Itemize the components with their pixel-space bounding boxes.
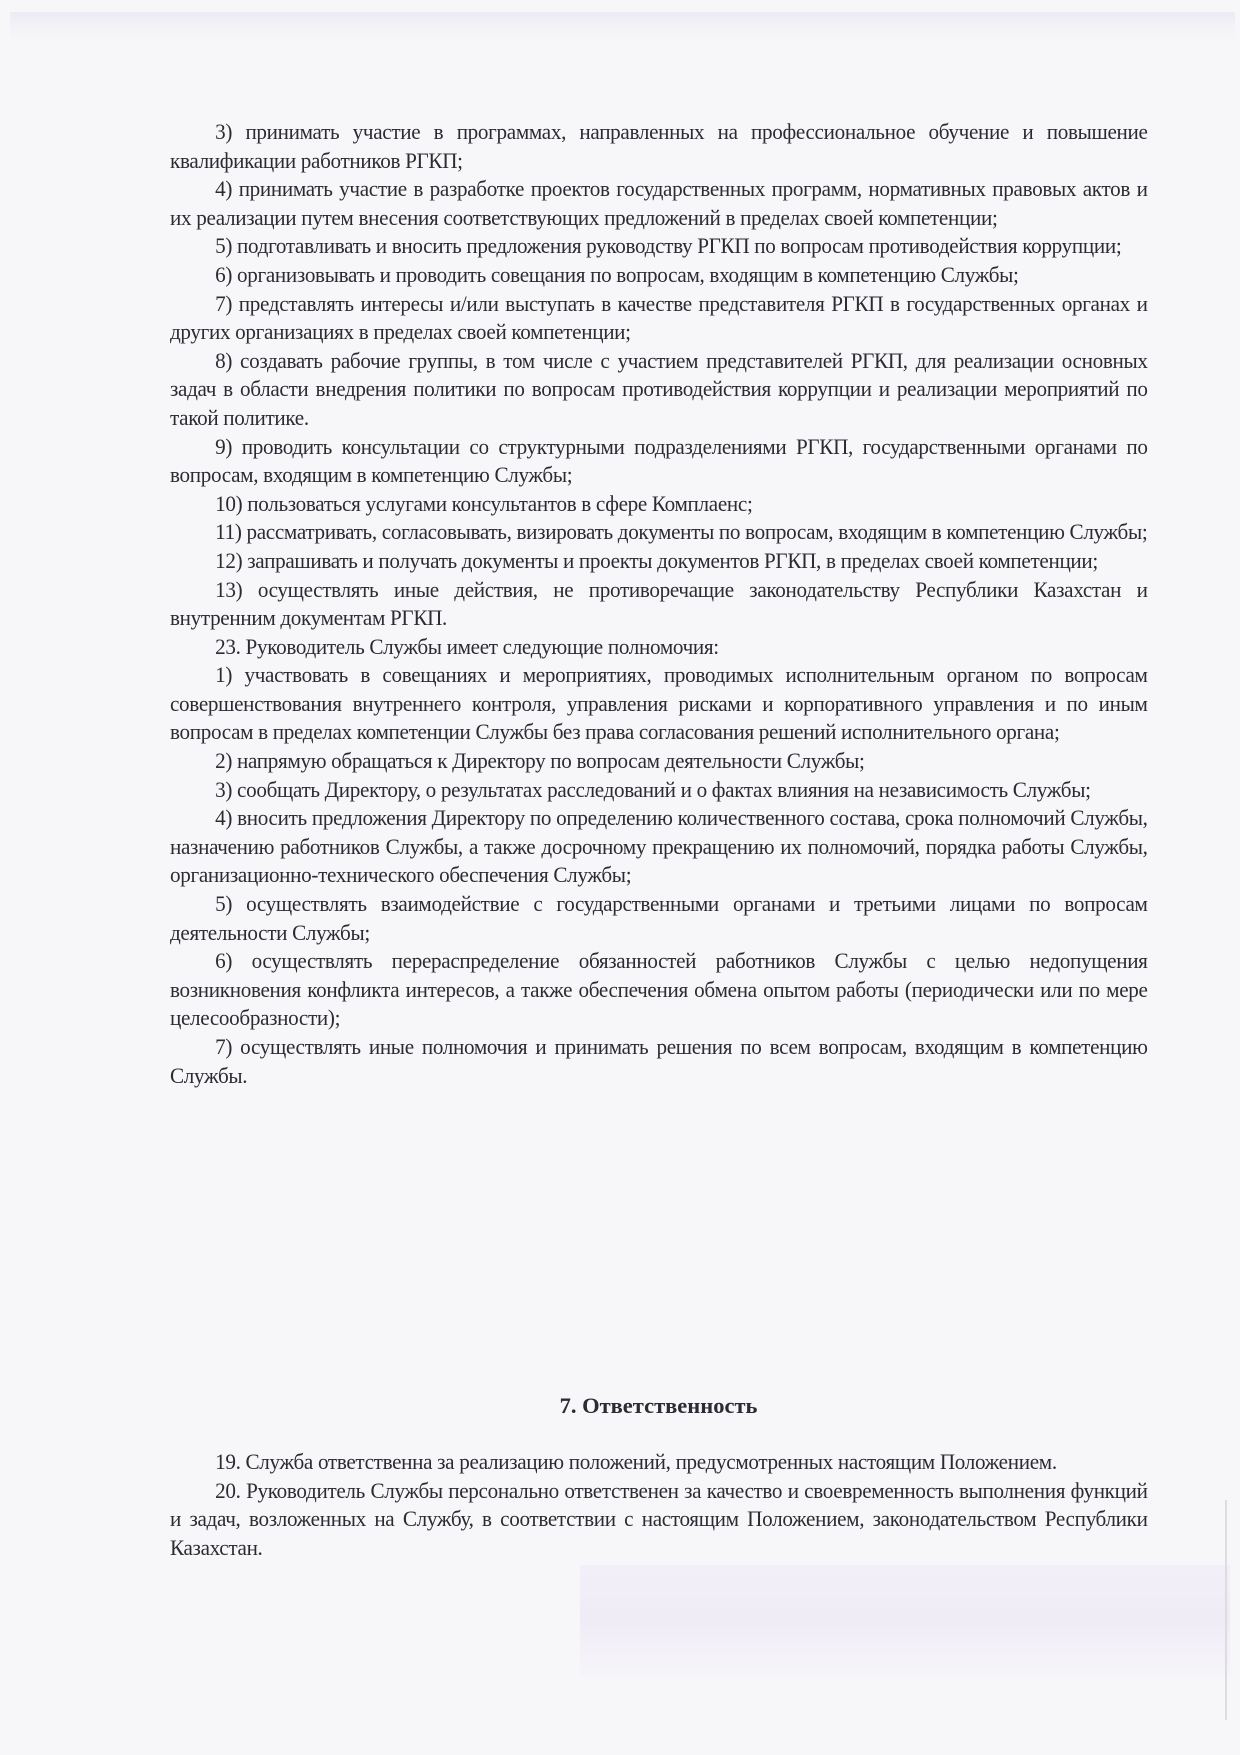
- rights-item-3: 3) принимать участие в программах, напра…: [170, 118, 1148, 175]
- section-title-responsibility: 7. Ответственность: [170, 1393, 1147, 1419]
- scan-artifact-bottom: [580, 1565, 1230, 1675]
- rights-item-4: 4) принимать участие в разработке проект…: [170, 175, 1148, 232]
- scan-page-edge: [1225, 1500, 1227, 1720]
- scan-artifact-top: [10, 12, 1235, 42]
- head-power-3: 3) сообщать Директору, о результатах рас…: [170, 776, 1148, 805]
- rights-item-11: 11) рассматривать, согласовывать, визиро…: [170, 518, 1148, 547]
- rights-item-10: 10) пользоваться услугами консультантов …: [170, 490, 1148, 519]
- head-power-6: 6) осуществлять перераспределение обязан…: [170, 947, 1148, 1033]
- head-power-5: 5) осуществлять взаимодействие с государ…: [170, 890, 1148, 947]
- document-body: 3) принимать участие в программах, напра…: [170, 118, 1147, 1090]
- responsibility-item-20: 20. Руководитель Службы персонально отве…: [170, 1477, 1148, 1563]
- responsibility-section: 19. Служба ответственна за реализацию по…: [170, 1448, 1147, 1562]
- rights-item-12: 12) запрашивать и получать документы и п…: [170, 547, 1148, 576]
- rights-item-5: 5) подготавливать и вносить предложения …: [170, 232, 1148, 261]
- head-power-4: 4) вносить предложения Директору по опре…: [170, 804, 1148, 890]
- rights-item-9: 9) проводить консультации со структурным…: [170, 433, 1148, 490]
- rights-item-7: 7) представлять интересы и/или выступать…: [170, 290, 1148, 347]
- head-powers-intro: 23. Руководитель Службы имеет следующие …: [170, 633, 1148, 662]
- rights-item-13: 13) осуществлять иные действия, не проти…: [170, 576, 1148, 633]
- head-power-7: 7) осуществлять иные полномочия и приним…: [170, 1033, 1148, 1090]
- head-power-1: 1) участвовать в совещаниях и мероприяти…: [170, 661, 1148, 747]
- responsibility-item-19: 19. Служба ответственна за реализацию по…: [170, 1448, 1148, 1477]
- head-power-2: 2) напрямую обращаться к Директору по во…: [170, 747, 1148, 776]
- rights-item-8: 8) создавать рабочие группы, в том числе…: [170, 347, 1148, 433]
- rights-item-6: 6) организовывать и проводить совещания …: [170, 261, 1148, 290]
